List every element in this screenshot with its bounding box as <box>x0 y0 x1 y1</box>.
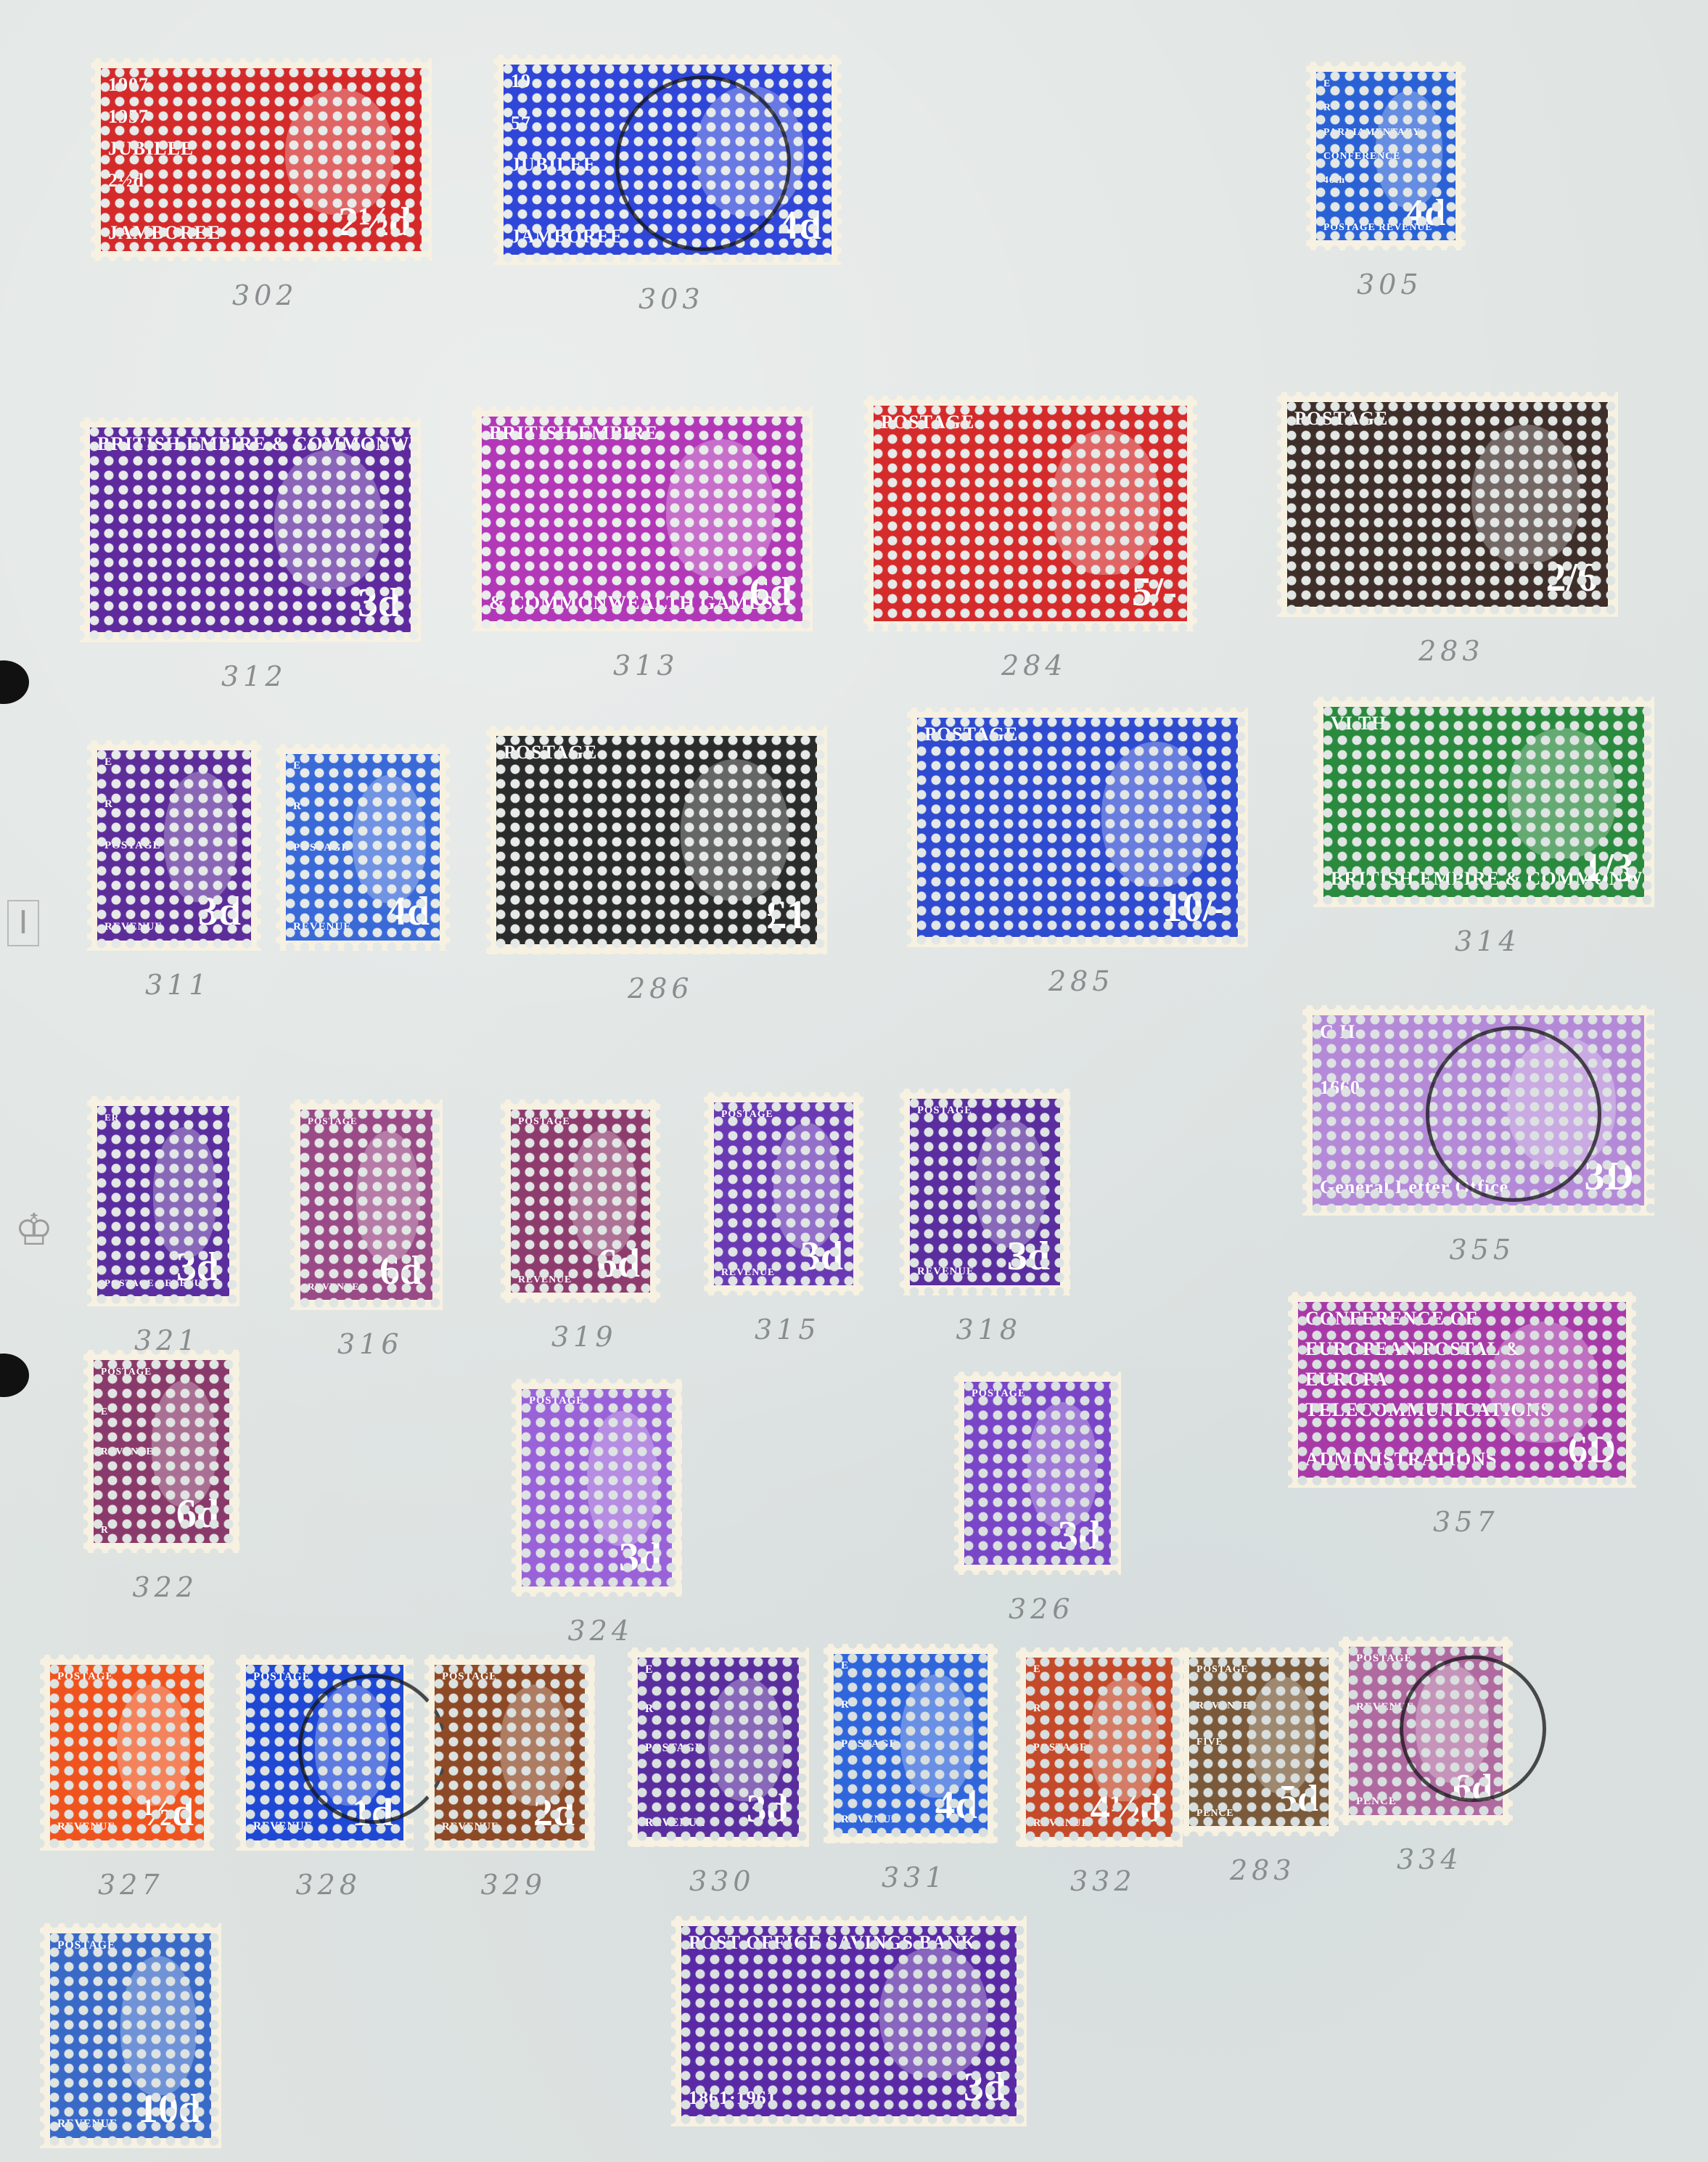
queen-portrait-icon <box>153 1127 217 1258</box>
stamp-inscription: JAMBOREE <box>511 226 623 247</box>
stamp-s283[interactable]: POSTAGE2/6 <box>1277 392 1618 617</box>
stamp-inscription: REVENUE <box>442 1821 499 1833</box>
stamp-s303[interactable]: 1957JUBILEEJAMBOREE4d <box>493 54 842 265</box>
stamp-inscription: REVENUE <box>645 1817 705 1830</box>
stamp-inscription: REVENUE <box>1033 1817 1089 1830</box>
stamp-face: POSTAGEREVENUE3d <box>714 1102 853 1285</box>
stamp-inscription: POSTAGE <box>881 411 974 433</box>
stamp-s313[interactable]: BRITISH EMPIRE& COMMONWEALTH GAMES6d <box>472 406 813 631</box>
catalogue-number-label: 324 <box>568 1615 634 1647</box>
stamp-inscription: E <box>841 1660 849 1672</box>
catalogue-number-label: 283 <box>1418 635 1485 667</box>
stamp-face: ERPOSTAGEREVENUE4d <box>834 1654 988 1833</box>
stamp-inscription: BRITISH EMPIRE <box>489 422 658 444</box>
stamp-inscription: R <box>101 1524 109 1536</box>
catalogue-number-label: 316 <box>337 1328 403 1360</box>
stamp-inscription: POSTAGE <box>104 840 161 852</box>
stamp-inscription: 46th <box>1323 174 1345 186</box>
stamp-s319[interactable]: POSTAGEREVENUE6d <box>501 1100 660 1303</box>
stamp-inscription: General Letter Office <box>1320 1176 1508 1198</box>
stamp-inscription: R <box>841 1699 850 1711</box>
stamp-s357[interactable]: CONFERENCE OFEUROPEAN POSTAL &EUROPATELE… <box>1288 1292 1636 1488</box>
denomination: 1d <box>352 1790 393 1835</box>
queen-portrait-icon <box>117 1684 190 1806</box>
stamp-face: ERPOSTAGE REVENUE3d <box>97 1106 229 1296</box>
stamp-s284[interactable]: POSTAGE5/- <box>863 396 1197 631</box>
stamp-inscription: E <box>1033 1663 1041 1676</box>
catalogue-number-label: 303 <box>639 283 705 315</box>
stamp-inscription: POSTAGE <box>721 1108 773 1120</box>
stamp-s329[interactable]: POSTAGEREVENUE2d <box>424 1655 595 1851</box>
stamp-inscription: CONFERENCE <box>1323 150 1400 162</box>
stamp-s285[interactable]: POSTAGE10/- <box>907 708 1248 947</box>
stamp-inscription: R <box>645 1703 654 1716</box>
stamp-inscription: 2½d <box>108 170 144 192</box>
catalogue-number-label: 332 <box>1070 1865 1136 1897</box>
stamp-inscription: EUROPEAN POSTAL & <box>1305 1338 1522 1360</box>
stamp-s324[interactable]: POSTAGE3d <box>512 1379 682 1597</box>
stamp-inscription: POSTAGE <box>924 724 1018 745</box>
catalogue-number-label: 283 <box>1230 1854 1296 1886</box>
binder-hole <box>0 1354 29 1397</box>
queen-portrait-icon <box>274 450 383 589</box>
catalogue-number-label: 355 <box>1450 1234 1516 1266</box>
stamp-inscription: JUBILEE <box>108 138 194 160</box>
denomination: 2d <box>533 1790 575 1835</box>
stamp-inscription: POSTAGE <box>1033 1742 1088 1754</box>
stamp-s321[interactable]: ERPOSTAGE REVENUE3d <box>87 1096 239 1306</box>
denomination: 3d <box>176 1244 219 1290</box>
stamp-inscription: VI TH <box>1331 713 1387 734</box>
catalogue-number-label: 319 <box>551 1321 617 1353</box>
stamp-s336[interactable]: POSTAGEREVENUE10d <box>40 1923 221 2148</box>
stamp-face: POSTAGE£1 <box>496 736 817 944</box>
stamp-inscription: E <box>104 756 112 769</box>
stamp-s333[interactable]: POSTAGEREVENUEFIVEPENCE5d <box>1179 1647 1339 1836</box>
stamp-face: CONFERENCE OFEUROPEAN POSTAL &EUROPATELE… <box>1298 1302 1626 1478</box>
denomination: 3D <box>1585 1153 1634 1200</box>
stamp-inscription: ADMINISTRATIONS <box>1305 1449 1497 1470</box>
queen-portrait-icon <box>975 1120 1047 1248</box>
stamp-face: BRITISH EMPIRE & COMMONWEALTH GAMES3d <box>90 427 411 632</box>
denomination: 5/- <box>1132 569 1177 615</box>
denomination: 2½d <box>338 199 411 245</box>
queen-portrait-icon <box>900 1674 974 1798</box>
stamp-s328[interactable]: POSTAGEREVENUE1d <box>236 1655 414 1851</box>
stamp-face: POSTAGEREVENUE2d <box>435 1665 585 1840</box>
binder-hole <box>0 660 29 704</box>
stamp-s302[interactable]: 19071957JUBILEE2½dJAMBOREE2½d <box>91 58 432 261</box>
stamp-s322[interactable]: POSTAGEEREVENUER6d <box>83 1350 239 1553</box>
stamp-face: POSTAGEREVENUE10d <box>50 1933 211 2138</box>
stamp-face: POSTAGEREVENUE1d <box>246 1665 403 1840</box>
stamp-s305[interactable]: ERPARLIAMENTARYCONFERENCE46thPOSTAGE REV… <box>1306 62 1466 250</box>
stamp-inscription: POSTAGE <box>253 1671 311 1684</box>
queen-portrait-icon <box>1471 425 1580 564</box>
queen-portrait-icon <box>356 1131 420 1261</box>
stamp-inscription: 1861·1961 <box>689 2087 777 2109</box>
denomination: 6d <box>597 1240 640 1287</box>
queen-portrait-icon <box>1508 728 1617 859</box>
stamp-face: POSTAGEREVENUEFIVEPENCE5d <box>1189 1658 1329 1826</box>
stamp-inscription: C II <box>1320 1021 1356 1043</box>
stamp-inscription: 1660 <box>1320 1077 1360 1099</box>
denomination: 4½d <box>1091 1785 1162 1831</box>
denomination: 3d <box>1007 1233 1050 1279</box>
queen-portrait-icon <box>500 1684 572 1806</box>
denomination: 6d <box>379 1248 422 1294</box>
queen-portrait-icon <box>1249 1676 1315 1793</box>
stamp-inscription: REVENUE <box>101 1446 154 1457</box>
queen-portrait-icon <box>1416 1666 1489 1782</box>
stamp-inscription: E <box>293 760 301 772</box>
stamp-inscription: ER <box>104 1112 119 1123</box>
denomination: £1 <box>766 892 807 938</box>
stamp-inscription: POSTAGE <box>57 1671 114 1683</box>
stamp-s315[interactable]: POSTAGEREVENUE3d <box>704 1092 863 1295</box>
queen-portrait-icon <box>120 1956 197 2095</box>
stamp-s311[interactable]: ERPOSTAGEREVENUE3d <box>87 740 261 951</box>
denomination: 10d <box>138 2086 201 2132</box>
catalogue-number-label: 313 <box>613 650 679 681</box>
denomination: 3d <box>198 888 241 935</box>
catalogue-number-label: 315 <box>755 1314 821 1346</box>
catalogue-number-label: 326 <box>1009 1593 1075 1625</box>
catalogue-number-label: 302 <box>232 279 298 311</box>
stamp-face: POSTAGEREVENUE½d <box>50 1665 204 1840</box>
stamp-face: C II1660General Letter Office3D <box>1313 1015 1644 1205</box>
stamp-s311b[interactable]: ERPOSTAGEREVENUE4d <box>276 744 450 951</box>
stamp-inscription: POSTAGE <box>1196 1663 1249 1675</box>
denomination: 1/3 <box>1582 845 1634 891</box>
catalogue-number-label: 357 <box>1433 1506 1499 1538</box>
denomination: 6d <box>1453 1766 1493 1809</box>
denomination: 3d <box>800 1233 843 1279</box>
stamp-face: POSTAGEREVENUEPENCE6d <box>1349 1647 1503 1815</box>
stamp-face: POSTAGE2/6 <box>1287 402 1608 607</box>
queen-portrait-icon <box>1376 91 1442 208</box>
stamp-inscription: REVENUE <box>1356 1701 1414 1713</box>
stamp-inscription: POSTAGE <box>518 1115 570 1127</box>
stamp-inscription: EUROPA <box>1305 1369 1388 1391</box>
stamp-s361[interactable]: POST OFFICE SAVINGS BANK1861·19613d <box>671 1916 1027 2126</box>
queen-portrait-icon <box>708 1678 784 1802</box>
stamp-inscription: PARLIAMENTARY <box>1323 126 1421 138</box>
stamp-face: ERPOSTAGEREVENUE3d <box>97 750 251 941</box>
stamp-s314[interactable]: VI THBRITISH EMPIRE & COMMONWEALTH GAMES… <box>1313 697 1654 907</box>
stamp-inscription: E <box>101 1406 108 1417</box>
stamp-s316[interactable]: POSTAGEREVENUE6d <box>290 1100 443 1310</box>
crown-sketch-icon: ♔ <box>15 1205 54 1256</box>
denomination: 4d <box>387 888 430 935</box>
stamp-inscription: 57 <box>511 112 531 134</box>
stamp-inscription: TELECOMMUNICATIONS <box>1305 1399 1552 1421</box>
stamp-inscription: REVENUE <box>917 1266 974 1278</box>
denomination: 6d <box>750 569 792 615</box>
stamp-s331[interactable]: ERPOSTAGEREVENUE4d <box>824 1644 998 1843</box>
stamp-face: 1957JUBILEEJAMBOREE4d <box>504 65 832 255</box>
stamp-inscription: REVENUE <box>518 1274 572 1285</box>
queen-portrait-icon <box>152 1380 217 1507</box>
stamp-inscription: REVENUE <box>57 1821 115 1833</box>
stamp-s326[interactable]: POSTAGE3d <box>954 1372 1121 1575</box>
denomination: 3d <box>358 580 401 626</box>
stamp-face: 19071957JUBILEE2½dJAMBOREE2½d <box>101 68 422 251</box>
stamp-face: POSTAGEEREVENUER6d <box>94 1360 229 1543</box>
stamp-face: ERPOSTAGEREVENUE4d <box>286 754 440 941</box>
denomination: 3d <box>1058 1512 1101 1559</box>
stamp-s332[interactable]: ERPOSTAGEREVENUE4½d <box>1016 1647 1183 1847</box>
queen-portrait-icon <box>164 771 237 902</box>
catalogue-number-label: 334 <box>1397 1843 1463 1875</box>
stamp-inscription: POSTAGE <box>308 1115 358 1127</box>
catalogue-number-label: 285 <box>1048 965 1114 997</box>
stamp-inscription: POSTAGE <box>645 1742 703 1755</box>
queen-portrait-icon <box>1507 1036 1616 1167</box>
denomination: 3d <box>747 1785 789 1831</box>
denomination: 6d <box>176 1491 219 1537</box>
stamp-inscription: REVENUE <box>308 1281 359 1293</box>
queen-portrait-icon <box>1051 430 1160 575</box>
stamp-face: BRITISH EMPIRE& COMMONWEALTH GAMES6d <box>482 417 802 621</box>
queen-portrait-icon <box>587 1411 659 1546</box>
stamp-inscription: BRITISH EMPIRE & COMMONWEALTH GAMES <box>97 433 411 455</box>
stamp-inscription: PENCE <box>1356 1795 1397 1808</box>
stamp-inscription: 1907 <box>108 74 149 96</box>
stamp-s327[interactable]: POSTAGEREVENUE½d <box>40 1655 214 1851</box>
stamp-inscription: POSTAGE <box>972 1388 1026 1400</box>
stamp-face: POSTAGEREVENUE6d <box>511 1110 650 1293</box>
stamp-face: POSTAGE10/- <box>917 718 1238 937</box>
catalogue-number-label: 305 <box>1357 269 1423 300</box>
stamp-face: POSTAGE3d <box>964 1382 1111 1565</box>
stamp-inscription: REVENUE <box>721 1266 775 1278</box>
stamp-inscription: POSTAGE <box>841 1738 898 1751</box>
queen-portrait-icon <box>1101 742 1210 887</box>
stamp-s334[interactable]: POSTAGEREVENUEPENCE6d <box>1339 1637 1513 1825</box>
denomination: 2/6 <box>1545 554 1598 601</box>
stamp-inscription: POSTAGE <box>504 742 597 763</box>
stamp-inscription: JAMBOREE <box>108 222 221 244</box>
queen-portrait-icon <box>1027 1402 1098 1528</box>
stamp-inscription: REVENUE <box>57 2118 118 2131</box>
denomination: 4d <box>935 1782 977 1827</box>
stamp-s318[interactable]: POSTAGEREVENUE3d <box>900 1089 1070 1295</box>
queen-portrait-icon <box>570 1130 637 1256</box>
catalogue-number-label: 311 <box>145 969 211 1001</box>
stamp-inscription: & COMMONWEALTH GAMES <box>489 592 773 614</box>
stamp-s286[interactable]: POSTAGE£1 <box>486 726 827 954</box>
stamp-inscription: JUBILEE <box>511 154 596 176</box>
denomination: 3d <box>964 2064 1006 2110</box>
denomination: 3d <box>619 1534 662 1581</box>
stamp-inscription: POSTAGE <box>1294 408 1388 430</box>
stamp-face: ERPOSTAGEREVENUE4½d <box>1026 1658 1173 1837</box>
stamp-inscription: REVENUE <box>1196 1700 1250 1711</box>
stamp-inscription: REVENUE <box>293 921 351 933</box>
queen-portrait-icon <box>666 439 775 578</box>
catalogue-number-label: 286 <box>628 973 694 1004</box>
stamp-inscription: R <box>1323 102 1331 113</box>
stamp-inscription: REVENUE <box>841 1814 899 1826</box>
stamp-inscription: POSTAGE <box>917 1105 972 1117</box>
denomination: 10/- <box>1162 885 1228 931</box>
queen-portrait-icon <box>681 759 789 901</box>
stamp-face: POSTAGE3d <box>522 1389 672 1586</box>
stamp-face: POST OFFICE SAVINGS BANK1861·19613d <box>681 1926 1017 2116</box>
stamp-inscription: REVENUE <box>104 921 163 933</box>
stamp-inscription: POSTAGE <box>101 1366 152 1377</box>
stamp-s330[interactable]: ERPOSTAGEREVENUE3d <box>628 1647 809 1847</box>
margin-pencil-mark: I <box>7 900 39 946</box>
denomination: 6D <box>1568 1427 1616 1472</box>
queen-portrait-icon <box>879 1947 988 2078</box>
denomination: 5d <box>1278 1777 1318 1820</box>
stamp-inscription: 19 <box>511 70 531 92</box>
stamp-inscription: POSTAGE <box>442 1671 497 1683</box>
queen-portrait-icon <box>315 1684 390 1806</box>
stamp-inscription: REVENUE <box>253 1820 313 1833</box>
stamp-inscription: POSTAGE <box>529 1395 584 1407</box>
denomination: 4d <box>779 202 821 249</box>
stamp-face: POSTAGEREVENUE3d <box>910 1099 1060 1285</box>
stamp-face: POSTAGEREVENUE6d <box>300 1110 432 1300</box>
stamp-inscription: 1957 <box>108 106 149 128</box>
stamp-inscription: POSTAGE <box>1356 1653 1413 1665</box>
queen-portrait-icon <box>285 89 394 215</box>
stamp-s355[interactable]: C II1660General Letter Office3D <box>1302 1005 1654 1216</box>
queen-portrait-icon <box>695 86 804 216</box>
stamp-inscription: POSTAGE <box>293 842 350 854</box>
catalogue-number-label: 328 <box>296 1869 362 1901</box>
stamp-inscription: E <box>1323 78 1331 89</box>
catalogue-number-label: 329 <box>481 1869 547 1901</box>
catalogue-number-label: 284 <box>1001 650 1067 681</box>
catalogue-number-label: 312 <box>221 660 287 692</box>
stamp-inscription: PENCE <box>1196 1807 1234 1819</box>
stamp-inscription: R <box>1033 1703 1041 1715</box>
queen-portrait-icon <box>773 1123 840 1249</box>
queen-portrait-icon <box>353 775 426 904</box>
queen-portrait-icon <box>1089 1678 1159 1802</box>
catalogue-number-label: 330 <box>689 1865 755 1897</box>
stamp-inscription: CONFERENCE OF <box>1305 1308 1478 1330</box>
stamp-inscription: R <box>293 800 302 813</box>
catalogue-number-label: 318 <box>956 1314 1022 1346</box>
catalogue-number-label: 331 <box>882 1862 948 1893</box>
denomination: ½d <box>142 1790 194 1835</box>
stamp-inscription: POST OFFICE SAVINGS BANK <box>689 1932 977 1954</box>
denomination: 4d <box>1405 192 1445 234</box>
stamp-inscription: E <box>645 1663 653 1676</box>
stamp-inscription: R <box>104 798 113 811</box>
catalogue-number-label: 327 <box>98 1869 164 1901</box>
stamp-face: ERPOSTAGEREVENUE3d <box>638 1658 799 1837</box>
stamp-face: POSTAGE5/- <box>874 406 1187 621</box>
catalogue-number-label: 322 <box>133 1571 199 1603</box>
stamp-face: VI THBRITISH EMPIRE & COMMONWEALTH GAMES… <box>1323 707 1644 897</box>
stamp-s312[interactable]: BRITISH EMPIRE & COMMONWEALTH GAMES3d <box>80 417 421 642</box>
catalogue-number-label: 314 <box>1455 925 1521 957</box>
stamp-inscription: FIVE <box>1196 1736 1223 1748</box>
stamp-face: ERPARLIAMENTARYCONFERENCE46thPOSTAGE REV… <box>1316 72 1456 240</box>
stamp-inscription: POSTAGE <box>57 1939 115 1952</box>
